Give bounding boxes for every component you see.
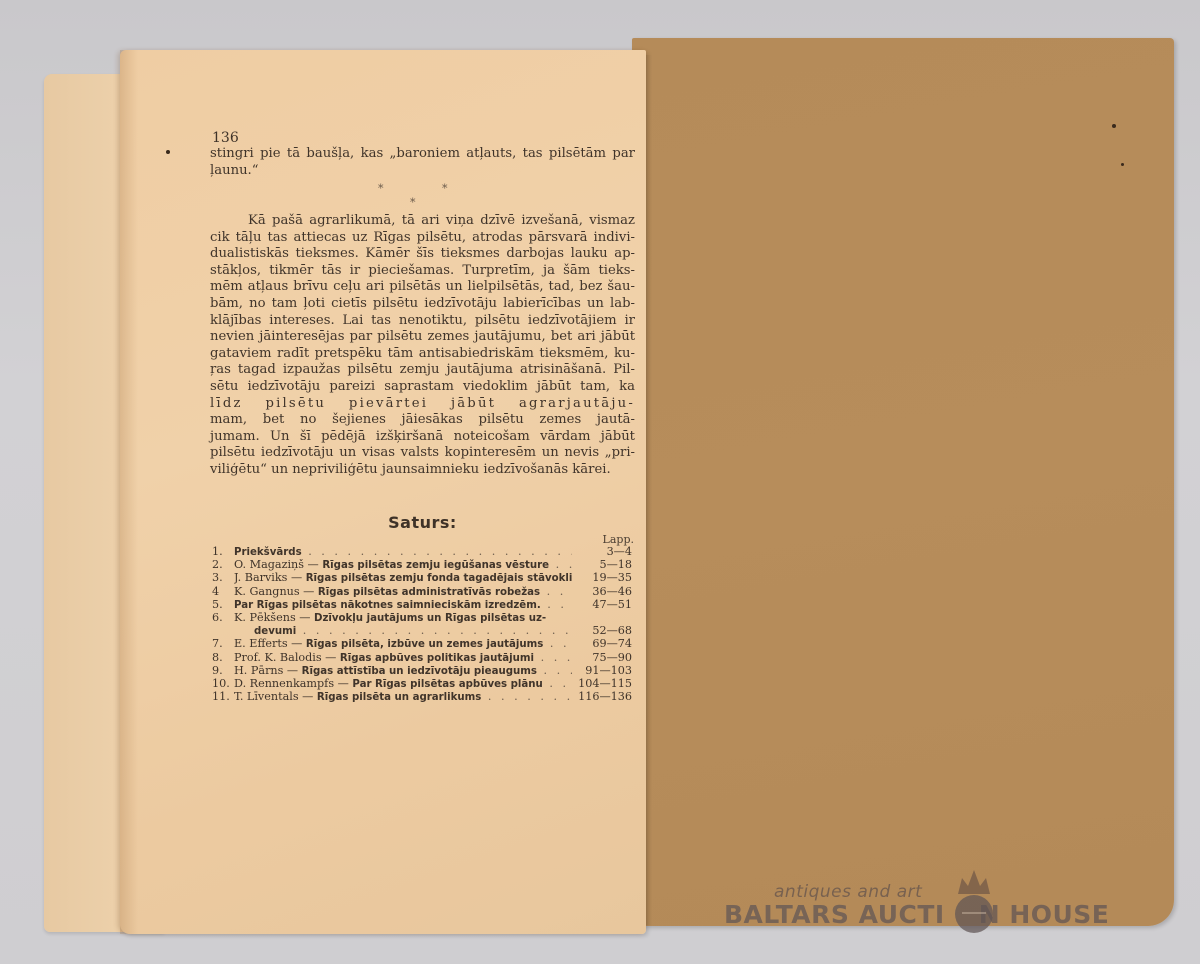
toc-entry-pages: 116—136 bbox=[572, 691, 632, 704]
text-line: mēm atļaus brīvu ceļu ari pilsētās un li… bbox=[210, 279, 635, 296]
toc-entry-title: Priekšvārds bbox=[234, 547, 302, 558]
toc-entry-title: Rīgas pilsēta un agrarlikums bbox=[317, 692, 482, 703]
toc-entry: 2. O. Magaziņš — Rīgas pilsētas zemju ie… bbox=[212, 559, 632, 572]
toc-entry: 5. Par Rīgas pilsētas nākotnes saimnieci… bbox=[212, 599, 632, 612]
watermark-name: BALTARS AUCTIN HOUSE bbox=[724, 900, 1109, 929]
toc-entry: 3. J. Barviks — Rīgas pilsētas zemju fon… bbox=[212, 572, 632, 585]
text-line: klājības intereses. Lai tas nenotiktu, p… bbox=[210, 313, 635, 330]
paper-speck bbox=[166, 150, 170, 154]
watermark-tagline: antiques and art bbox=[774, 882, 922, 902]
separator-star: * bbox=[442, 182, 448, 195]
toc-entry-title: Par Rīgas pilsētas apbūves plānu bbox=[352, 679, 542, 690]
text-line: sētu iedzīvotāju pareizi saprastam viedo… bbox=[210, 379, 635, 396]
toc-entry-number: 8. bbox=[212, 652, 234, 665]
toc-entry-number: 3. bbox=[212, 572, 234, 585]
toc-entry-title: Rīgas pilsētas zemju fonda tagadējais st… bbox=[306, 573, 572, 584]
toc-entry-title: Rīgas pilsētas administratīvās robežas bbox=[318, 587, 540, 598]
separator-star: * bbox=[378, 182, 384, 195]
text-line: jumam. Un šī pēdējā izšķiršanā noteicoša… bbox=[210, 429, 635, 446]
toc-entry-author: O. Magaziņš — bbox=[234, 559, 322, 571]
toc-entry-pages: 69—74 bbox=[572, 638, 632, 651]
toc-entry: 4 K. Gangnus — Rīgas pilsētas administra… bbox=[212, 586, 632, 599]
text-line: ļaunu.“ bbox=[210, 163, 635, 180]
toc-entry-continuation: devumi . . . . . . . . . . . . . . . . .… bbox=[212, 625, 632, 638]
text-line: viliģētu“ un nepriviliģētu jaunsaimnieku… bbox=[210, 462, 635, 479]
toc-entry-title: Rīgas pilsētas zemju iegūšanas vēsture bbox=[322, 560, 549, 571]
main-paragraph: Kā pašā agrarlikumā, tā ari viņa dzīvē i… bbox=[210, 213, 635, 479]
gutter-shadow bbox=[120, 50, 138, 934]
toc-entry-title: Rīgas attīstība un iedzīvotāju pieaugums bbox=[302, 666, 537, 677]
toc-entry-pages: 19—35 bbox=[572, 572, 632, 585]
text-line: Kā pašā agrarlikumā, tā ari viņa dzīvē i… bbox=[210, 213, 635, 230]
toc-entry: 8. Prof. K. Balodis — Rīgas apbūves poli… bbox=[212, 652, 632, 665]
text-line: stākļos, tikmēr tās ir pieciešamas. Turp… bbox=[210, 263, 635, 280]
text-line: gataviem radīt pretspēku tām antisabiedr… bbox=[210, 346, 635, 363]
text-line: bām, no tam ļoti cietīs pilsētu iedzīvot… bbox=[210, 296, 635, 313]
separator-star: * bbox=[410, 196, 416, 209]
toc-heading: Saturs: bbox=[210, 513, 635, 532]
toc-entry-number: 6. bbox=[212, 612, 234, 625]
toc-entry-author: H. Pārns — bbox=[234, 665, 302, 677]
text-line: līdz pilsētu pievārtei jābūt agrarjautāj… bbox=[210, 396, 635, 413]
toc-entry-author: T. Līventals — bbox=[234, 691, 317, 703]
toc-entry-number: 11. bbox=[212, 691, 234, 704]
toc-entry: 11. T. Līventals — Rīgas pilsēta un agra… bbox=[212, 691, 632, 704]
toc-entry-author: K. Pēkšens — bbox=[234, 612, 314, 624]
back-cover-page bbox=[632, 38, 1174, 926]
paper-speck bbox=[1112, 124, 1116, 128]
toc-entry-number: 4 bbox=[212, 586, 234, 599]
toc-entry-author: K. Gangnus — bbox=[234, 586, 318, 598]
toc-entry-title: Rīgas pilsēta, izbūve un zemes jautājums bbox=[306, 639, 543, 650]
toc-entry-title: devumi bbox=[254, 626, 296, 637]
text-line: cik tāļu tas attiecas uz Rīgas pilsētu, … bbox=[210, 230, 635, 247]
toc-entry: 9. H. Pārns — Rīgas attīstība un iedzīvo… bbox=[212, 665, 632, 678]
page-number: 136 bbox=[212, 130, 239, 146]
toc-entry: 10. D. Rennenkampfs — Par Rīgas pilsētas… bbox=[212, 678, 632, 691]
toc-entry: 7. E. Efferts — Rīgas pilsēta, izbūve un… bbox=[212, 638, 632, 651]
opening-lines: stingri pie tā baušļa, kas „baroniem atļ… bbox=[210, 146, 635, 179]
auction-house-watermark: antiques and art BALTARS AUCTIN HOUSE bbox=[724, 862, 1124, 942]
toc-entry: 1. Priekšvārds . . . . . . . . . . . . .… bbox=[212, 546, 632, 559]
watermark-name-left: BALTARS AUCTI bbox=[724, 900, 945, 929]
toc-entry-pages: 75—90 bbox=[572, 652, 632, 665]
toc-entry-pages: 47—51 bbox=[572, 599, 632, 612]
toc-entry-pages: 36—46 bbox=[572, 586, 632, 599]
toc-entry-title: Dzīvokļu jautājums un Rīgas pilsētas uz- bbox=[314, 613, 546, 624]
crown-orb-icon bbox=[952, 866, 996, 938]
toc-entry: 6. K. Pēkšens — Dzīvokļu jautājums un Rī… bbox=[212, 612, 632, 625]
text-line: stingri pie tā baušļa, kas „baroniem atļ… bbox=[210, 146, 635, 163]
table-of-contents: 1. Priekšvārds . . . . . . . . . . . . .… bbox=[212, 546, 632, 704]
text-line: ŗas tagad izpaužas pilsētu zemju jautāju… bbox=[210, 362, 635, 379]
toc-entry-number: 7. bbox=[212, 638, 234, 651]
text-line: mam, bet no šejienes jāiesākas pilsētu z… bbox=[210, 412, 635, 429]
toc-entry-author: J. Barviks — bbox=[234, 572, 306, 584]
toc-entry-title: Rīgas apbūves politikas jautājumi bbox=[340, 653, 534, 664]
watermark-name-right: N HOUSE bbox=[979, 900, 1110, 929]
text-line: dualistiskās tieksmes. Kāmēr šīs tieksme… bbox=[210, 246, 635, 263]
text-line: nevien jāinteresējas par pilsētu zemes j… bbox=[210, 329, 635, 346]
text-line: pilsētu iedzīvotāju un visas valsts kopi… bbox=[210, 445, 635, 462]
toc-entry-title: Par Rīgas pilsētas nākotnes saimnieciskā… bbox=[234, 600, 541, 611]
toc-entry-author: D. Rennenkampfs — bbox=[234, 678, 352, 690]
toc-entry-author: E. Efferts — bbox=[234, 638, 306, 650]
toc-entry-author: Prof. K. Balodis — bbox=[234, 652, 340, 664]
paper-speck bbox=[1121, 163, 1124, 166]
